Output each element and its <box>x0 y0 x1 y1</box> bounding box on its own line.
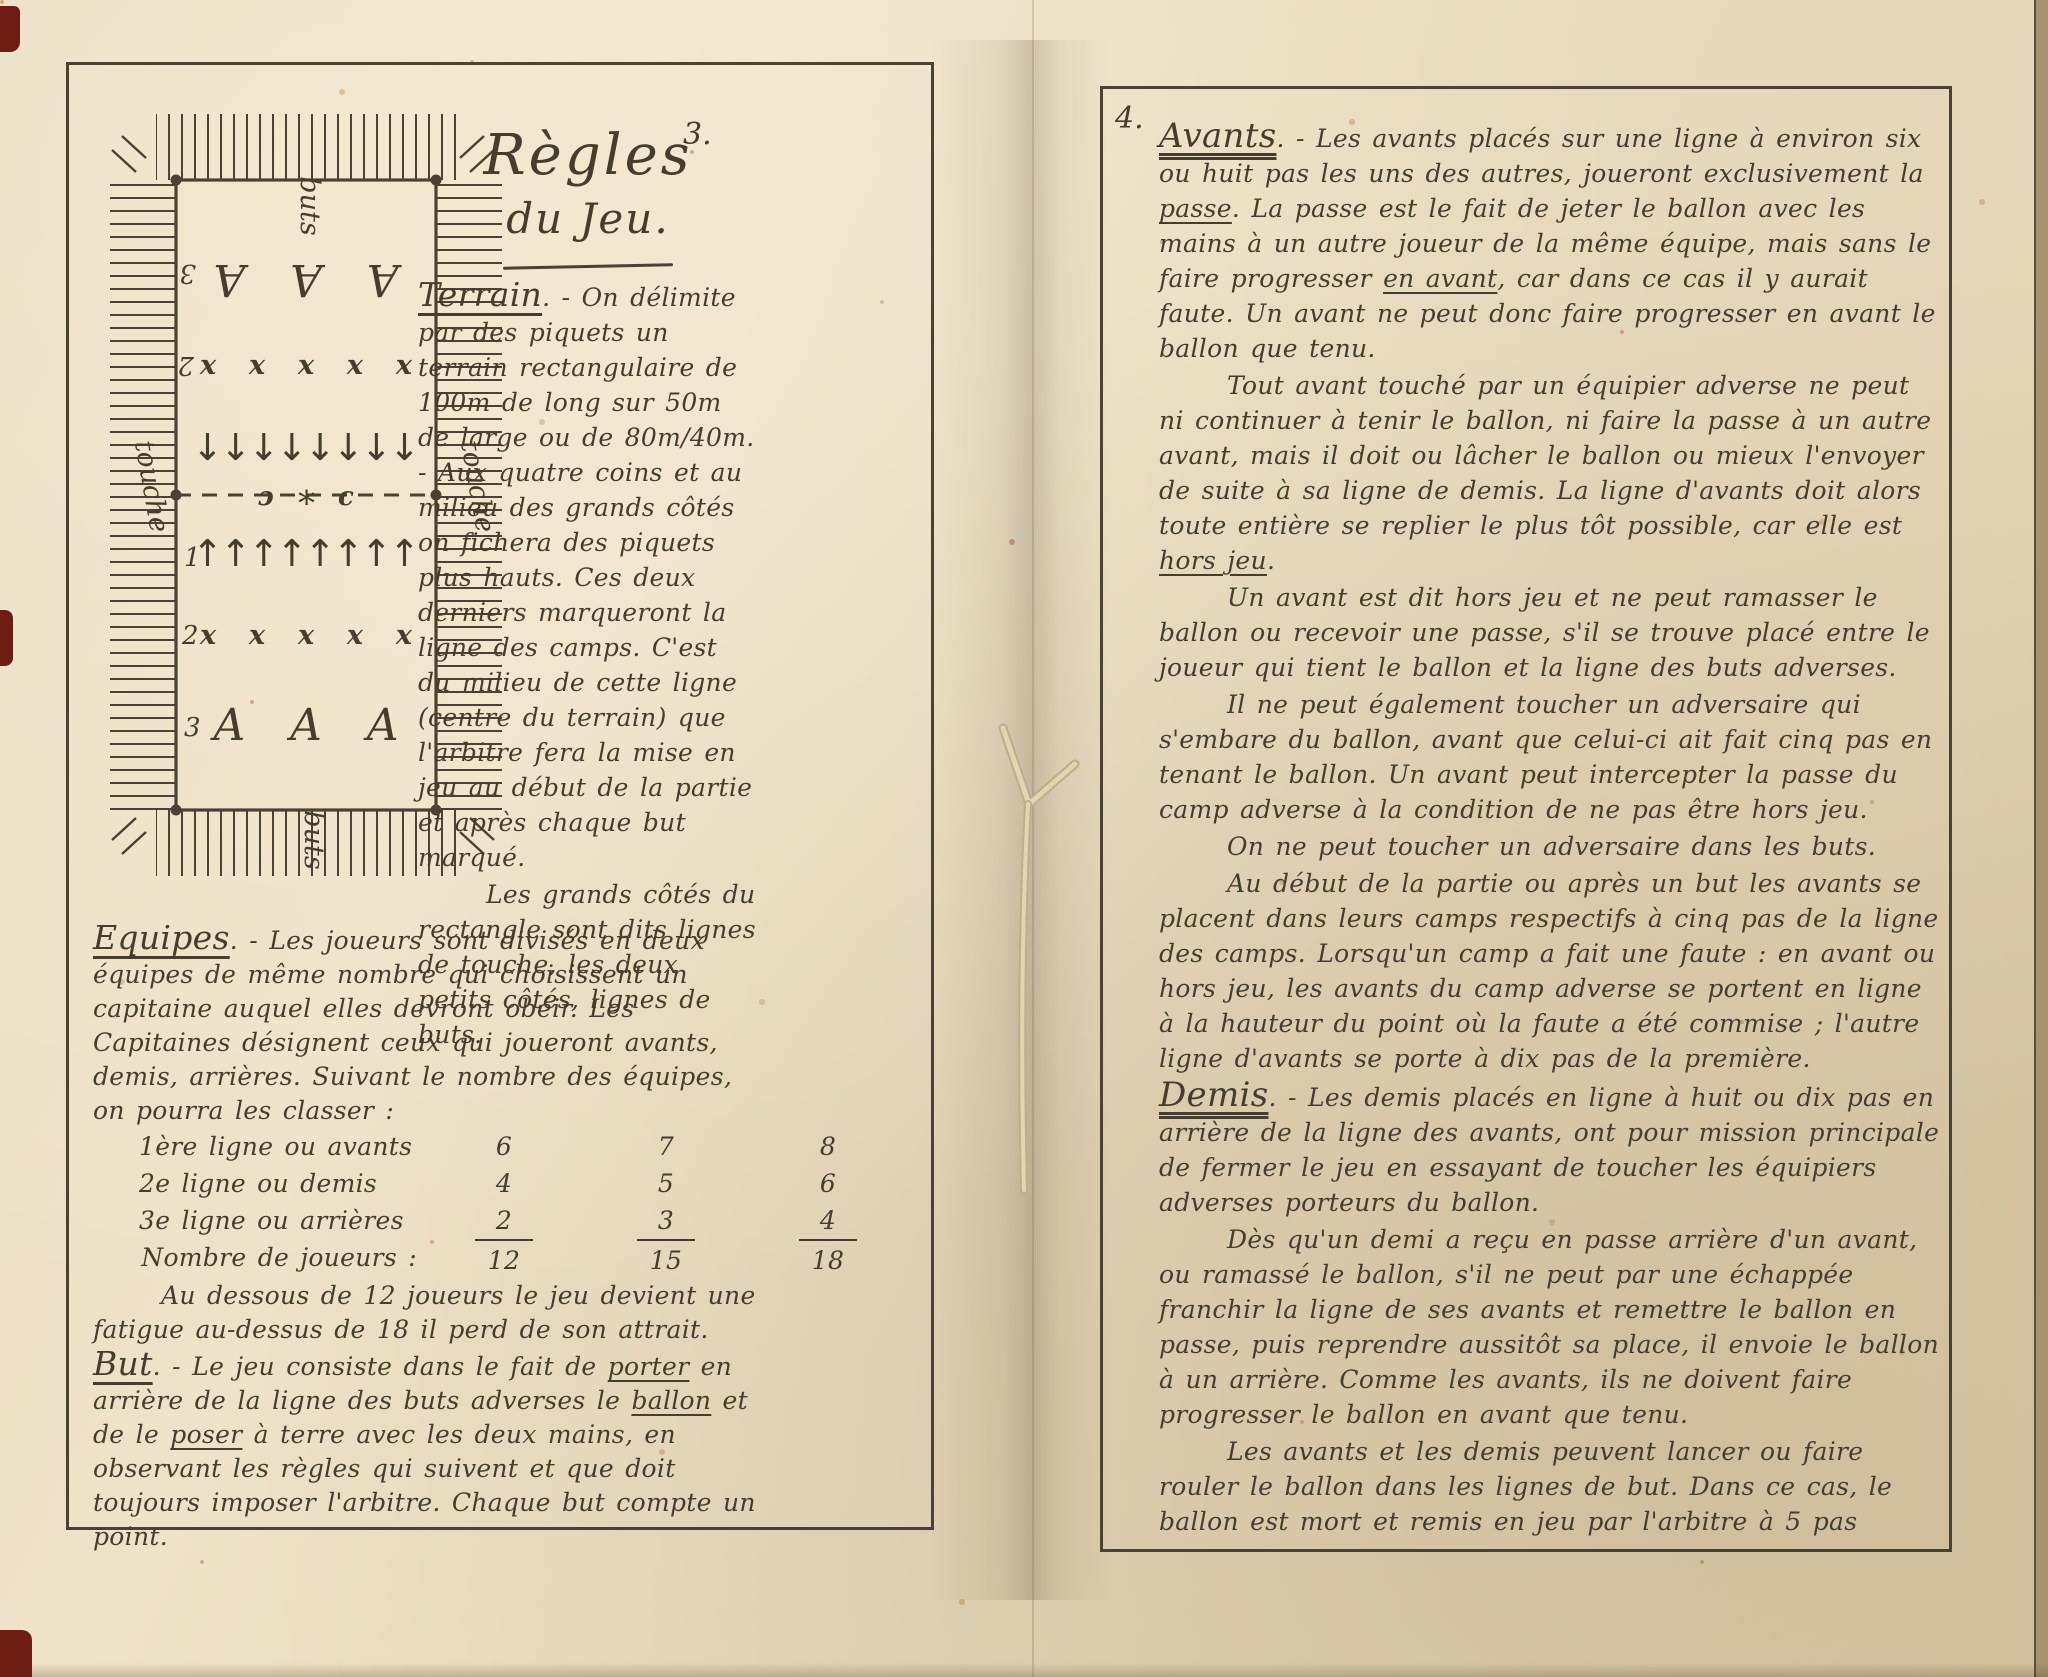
section-equipes: Equipes. - Les joueurs sont divisés en d… <box>93 921 769 1554</box>
row-avants-top: ↓ ↓ ↓ ↓ ↓ ↓ ↓ ↓ <box>192 426 420 469</box>
row-arrieres-top: A A A <box>214 254 403 305</box>
demis-paragraph-2: Dès qu'un demi a reçu en passe arrière d… <box>1159 1222 1943 1432</box>
line-number-2-bottom: 2 <box>181 621 199 651</box>
paper-edge-bottom <box>0 1663 2048 1677</box>
players-table: 1ère ligne ou avants 6 7 8 2e ligne ou d… <box>93 1128 769 1279</box>
right-column: Avants. - Les avants placés sur une lign… <box>1159 119 1943 1541</box>
row-demis-top: x x x x x <box>199 350 413 381</box>
terrain-heading: Terrain <box>418 275 542 314</box>
label-buts-bottom: buts <box>298 810 329 869</box>
page-left: 3. Règles du Jeu. <box>66 62 934 1530</box>
equipes-heading: Equipes <box>93 918 230 957</box>
total-12: 12 <box>475 1239 533 1279</box>
demis-heading: Demis <box>1159 1075 1268 1115</box>
demis-paragraph-3: Les avants et les demis peuvent lancer o… <box>1159 1434 1943 1539</box>
players-count-note: Au dessous de 12 joueurs le jeu devient … <box>93 1279 769 1347</box>
section-but: But. - Le jeu consiste dans le fait de p… <box>93 1347 769 1554</box>
line-number-1-bottom: 1 <box>184 543 201 573</box>
table-row: 3e ligne ou arrières 2 3 4 <box>93 1202 769 1239</box>
line-number-3-bottom: 3 <box>184 713 201 743</box>
binding-string <box>975 712 1105 1202</box>
left-lower-column: Equipes. - Les joueurs sont divisés en d… <box>93 921 769 1554</box>
section-demis: Demis. - Les demis placés en ligne à hui… <box>1159 1078 1943 1220</box>
terrain-paragraph: Terrain. - On délimite par des piquets u… <box>418 277 756 875</box>
line-number-3-top: 3 <box>179 258 196 288</box>
total-15: 15 <box>637 1239 695 1279</box>
terrain-body: On délimite par des piquets un terrain r… <box>418 283 755 872</box>
goal-band-top <box>156 114 456 180</box>
avants-paragraph-6: Au début de la partie ou après un but le… <box>1159 866 1943 1076</box>
row-arrieres-bottom: A A A <box>210 700 399 751</box>
avants-paragraph-2: Tout avant touché par un équipier advers… <box>1159 368 1943 578</box>
table-total-row: Nombre de joueurs : 12 15 18 <box>93 1239 769 1279</box>
avants-paragraph-3: Un avant est dit hors jeu et ne peut ram… <box>1159 580 1943 685</box>
centre-mark-right: c <box>338 482 354 512</box>
but-heading: But <box>93 1344 153 1383</box>
avants-paragraph-4: Il ne peut également toucher un adversai… <box>1159 687 1943 827</box>
avants-paragraph-5: On ne peut toucher un adversaire dans le… <box>1159 829 1943 864</box>
total-18: 18 <box>799 1239 857 1279</box>
foxing-specks <box>0 0 4 4</box>
label-buts-top: buts <box>294 176 325 235</box>
line-number-2-top: 2 <box>177 350 195 380</box>
row-demis-bottom: x x x x x <box>199 620 413 651</box>
red-cover-glimpse <box>0 6 20 52</box>
section-avants: Avants. - Les avants placés sur une lign… <box>1159 119 1943 366</box>
row-avants-bottom: ↑ ↑ ↑ ↑ ↑ ↑ ↑ ↑ <box>192 532 420 575</box>
manuscript-spread: 3. Règles du Jeu. <box>0 0 2048 1677</box>
equipes-paragraph: Equipes. - Les joueurs sont divisés en d… <box>93 921 769 1128</box>
avants-heading: Avants <box>1159 116 1276 156</box>
centre-mark-left: ɔ <box>258 482 274 512</box>
page-right: 4. Avants. - Les avants placés sur une l… <box>1100 86 1952 1552</box>
red-cover-glimpse <box>0 1630 32 1677</box>
page-number-right: 4. <box>1115 101 1144 136</box>
red-cover-glimpse <box>0 610 13 666</box>
table-row: 1ère ligne ou avants 6 7 8 <box>93 1128 769 1165</box>
centre-mark-star: ∗ <box>295 477 318 517</box>
paper-edge <box>2034 0 2048 1677</box>
table-row: 2e ligne ou demis 4 5 6 <box>93 1165 769 1202</box>
title-flourish-rule <box>503 263 673 270</box>
